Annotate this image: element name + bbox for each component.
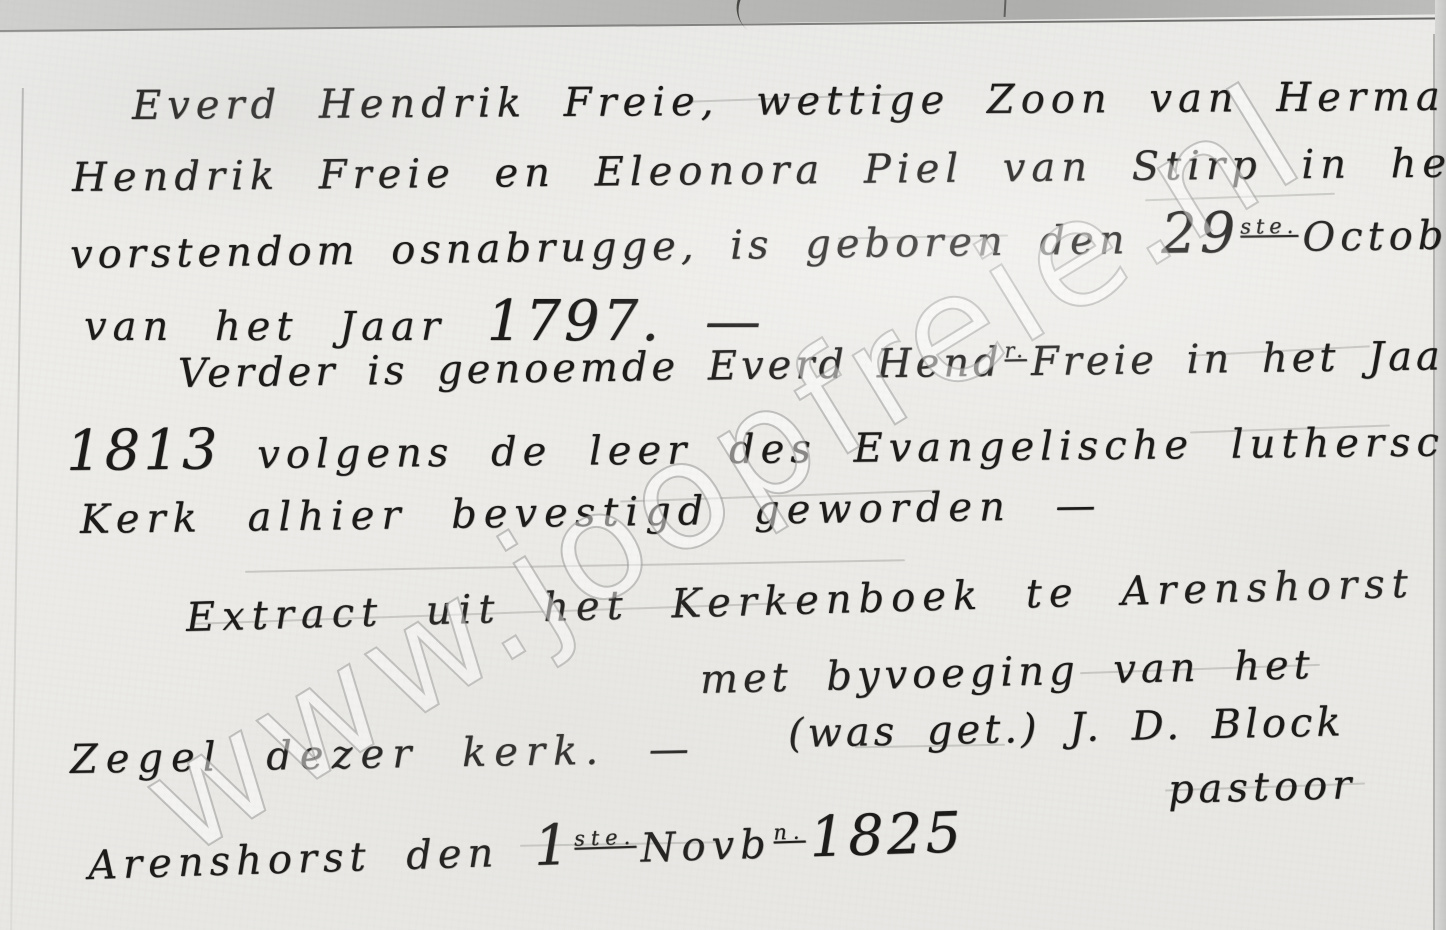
abbreviation-superscript: r. <box>1004 340 1027 361</box>
document-scan: Everd Hendrik Freie, wettige Zoon van He… <box>0 0 1446 930</box>
confirmation-text-cont: Freie in het Jaar <box>1031 333 1446 385</box>
pencil-mark <box>245 559 905 573</box>
manuscript-line-extract: Extract uit het Kerkenboek te Arenshorst <box>185 564 1415 638</box>
date-month: Novb <box>640 822 773 872</box>
manuscript-line-church-confirmed: Kerk alhier bevestigd geworden — <box>80 486 1103 540</box>
date-day: 1 <box>533 813 574 879</box>
date-year: 1825 <box>809 800 965 870</box>
confirmation-doctrine: volgens de leer des Evangelische luthers… <box>257 419 1446 478</box>
year-text: van het Jaar <box>84 304 446 350</box>
place-text: Arenshorst den <box>87 830 500 889</box>
ordinal-superscript: ste. <box>1240 216 1298 238</box>
manuscript-line-confirmation-year: 1813 volgens de leer des Evangelische lu… <box>66 409 1446 480</box>
confirmation-year-value: 1813 <box>66 417 221 484</box>
birth-day: 29 <box>1161 201 1239 267</box>
manuscript-line-name-intro: Everd Hendrik Freie, wettige Zoon van He… <box>132 76 1446 126</box>
manuscript-line-parents: Hendrik Freie en Eleonora Piel van Stirp… <box>72 143 1446 198</box>
left-fold-crease <box>10 88 24 930</box>
ordinal-superscript: ste. <box>574 827 637 850</box>
abbreviation-superscript: n. <box>773 821 806 843</box>
manuscript-line-birth-year: van het Jaar 1797. — <box>84 294 764 350</box>
pencil-mark <box>1145 193 1335 202</box>
birth-text: vorstendom osnabrugge, is geboren den <box>70 217 1130 278</box>
manuscript-line-signer-title: pastoor <box>1167 765 1356 810</box>
manuscript-line-place-date: Arenshorst den 1ste.Novbn.1825 <box>87 805 965 889</box>
manuscript-line-signature: (was get.) J. D. Block <box>788 702 1345 754</box>
manuscript-line-appendix: met byvoeging van het <box>700 645 1316 700</box>
birth-month: October <box>1302 212 1446 261</box>
manuscript-line-birthplace-date: vorstendom osnabrugge, is geboren den 29… <box>70 202 1446 278</box>
manuscript-line-seal: Zegel dezer kerk. — <box>70 729 697 780</box>
